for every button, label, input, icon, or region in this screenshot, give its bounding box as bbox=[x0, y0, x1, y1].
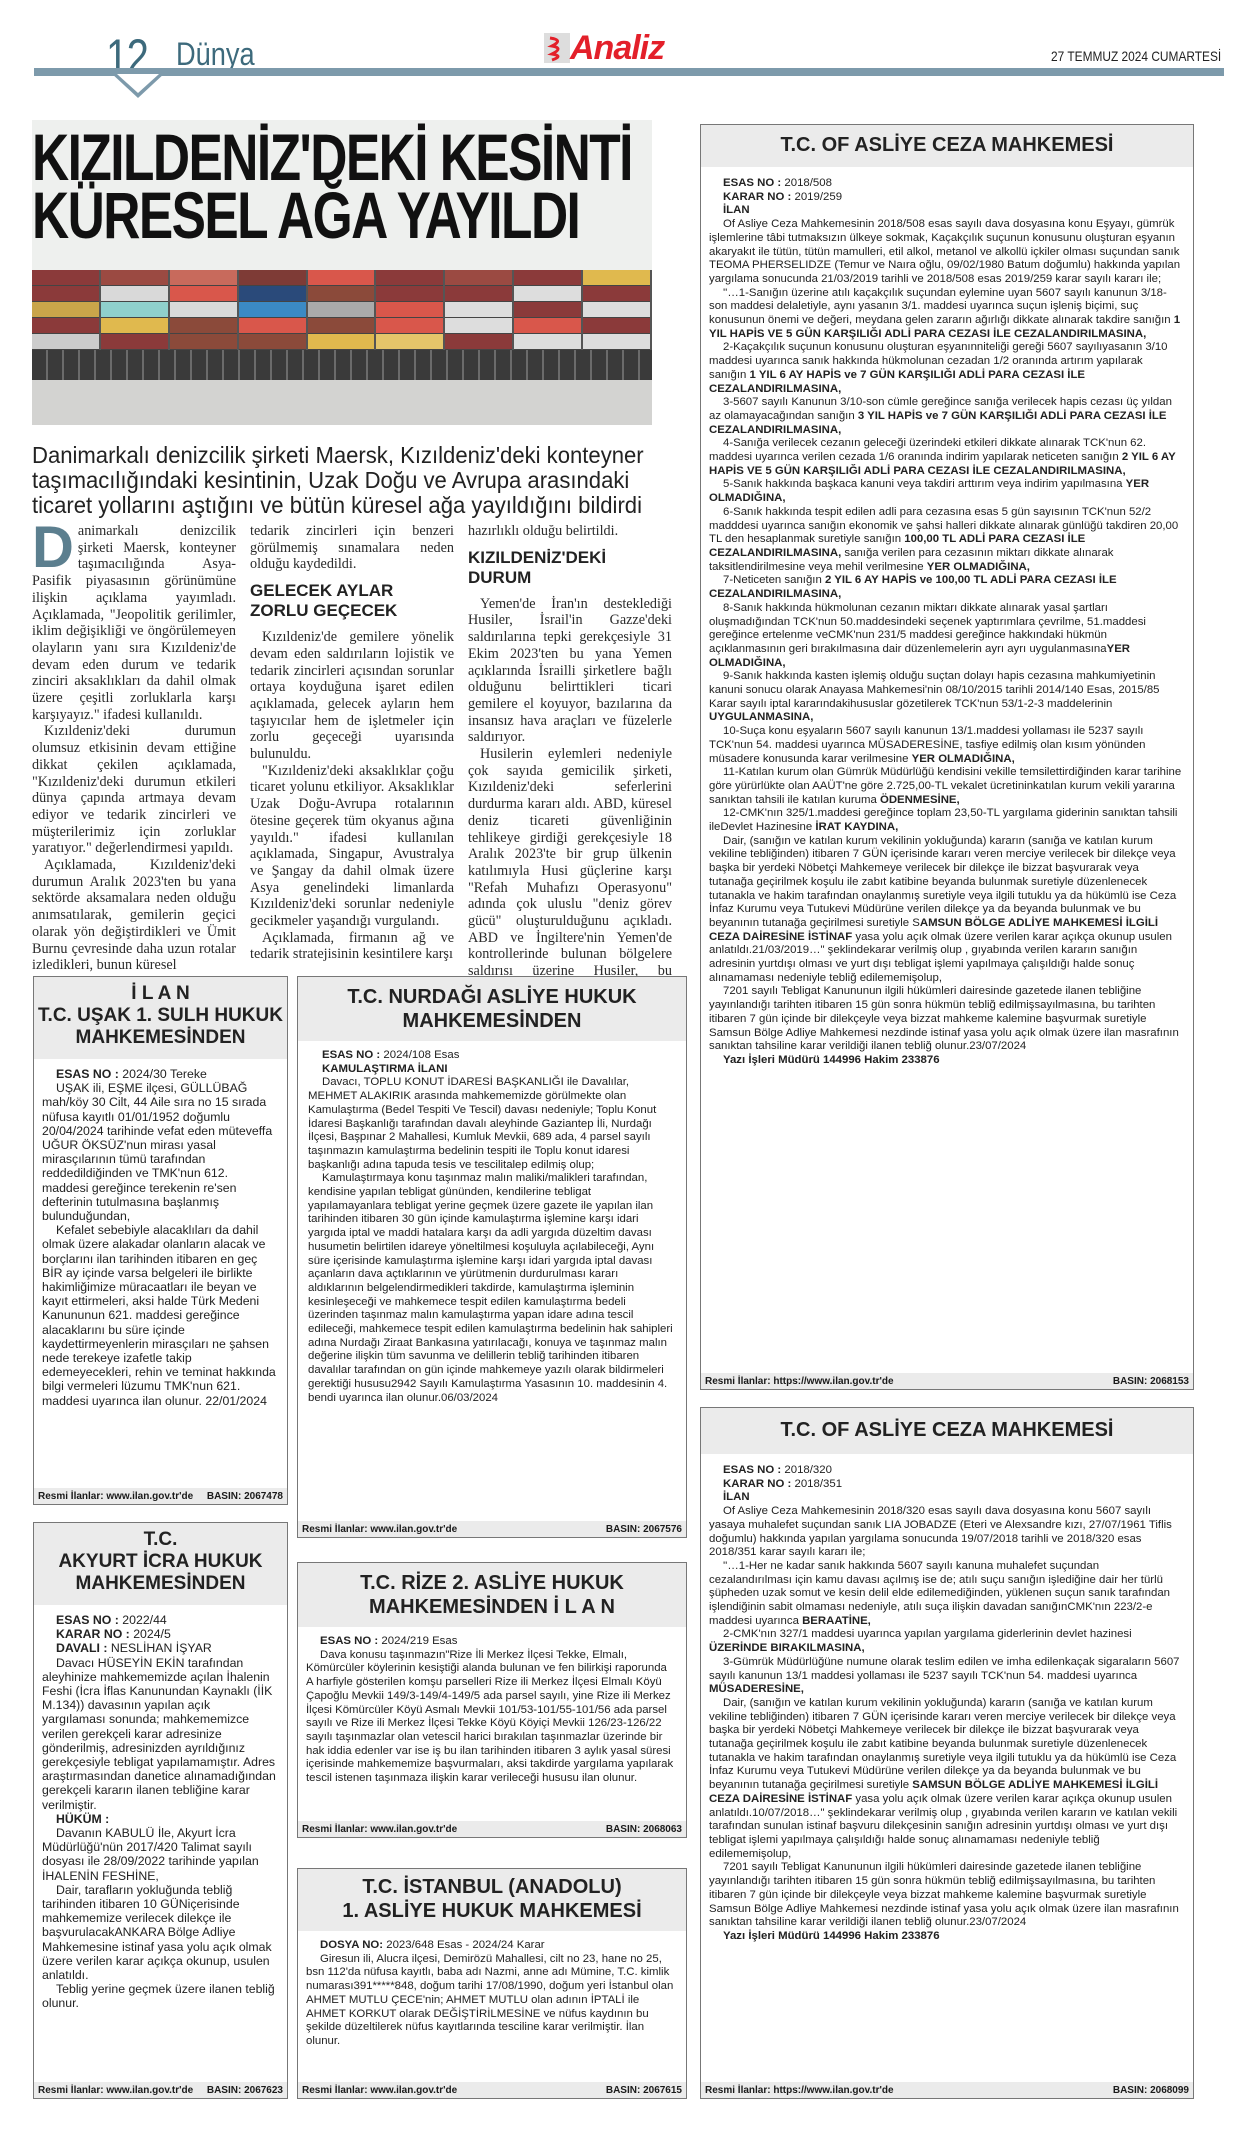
paragraph: Kızıldeniz'de gemilere yönelik devam ede… bbox=[250, 629, 454, 763]
notice-body: DOSYA NO: 2023/648 Esas - 2024/24 Karar … bbox=[298, 1931, 686, 2055]
footer-link[interactable]: Resmi İlanlar: www.ilan.gov.tr'de bbox=[302, 1524, 457, 1535]
signature: Yazı İşleri Müdürü 144996 Hakim 233876 bbox=[723, 1930, 940, 1942]
logo-text: Analiz bbox=[570, 33, 664, 63]
notice-body: ESAS NO : 2018/508 KARAR NO : 2019/259 İ… bbox=[701, 167, 1193, 1074]
headline-line-2: KÜRESEL AĞA YAYILDI bbox=[32, 186, 516, 244]
press-number: BASIN: 2067615 bbox=[606, 2085, 682, 2096]
hero-photo: KIZILDENİZ'DEKİ KESİNTİ KÜRESEL AĞA YAYI… bbox=[32, 120, 652, 425]
footer-link[interactable]: Resmi İlanlar: https://www.ilan.gov.tr'd… bbox=[705, 2085, 894, 2096]
dropcap: D bbox=[32, 525, 74, 571]
notice-title: T.C. OF ASLİYE CEZA MAHKEMESİ bbox=[701, 1408, 1193, 1454]
notice-of-asliye-ceza-2: T.C. OF ASLİYE CEZA MAHKEMESİ ESAS NO : … bbox=[700, 1407, 1194, 2099]
logo-emblem-icon bbox=[544, 33, 570, 63]
notice-body: ESAS NO : 2024/108 Esas KAMULAŞTIRMA İLA… bbox=[298, 1041, 686, 1411]
notice-title: İ L A N T.C. UŞAK 1. SULH HUKUK MAHKEMES… bbox=[34, 977, 287, 1059]
headline: KIZILDENİZ'DEKİ KESİNTİ KÜRESEL AĞA YAYI… bbox=[32, 120, 516, 244]
notice-footer: Resmi İlanlar: www.ilan.gov.tr'de BASIN:… bbox=[298, 1821, 686, 1837]
notice-body: ESAS NO : 2018/320 KARAR NO : 2018/351 İ… bbox=[701, 1454, 1193, 1950]
issue-date: 27 TEMMUZ 2024 CUMARTESİ bbox=[1051, 48, 1221, 64]
footer-link[interactable]: Resmi İlanlar: https://www.ilan.gov.tr'd… bbox=[705, 1376, 894, 1387]
water bbox=[32, 380, 652, 425]
notice-of-asliye-ceza-1: T.C. OF ASLİYE CEZA MAHKEMESİ ESAS NO : … bbox=[700, 124, 1194, 1390]
notice-footer: Resmi İlanlar: https://www.ilan.gov.tr'd… bbox=[701, 2082, 1193, 2098]
subheading: GELECEK AYLAR ZORLU GEÇECEK bbox=[250, 581, 454, 621]
notice-title: T.C. AKYURT İCRA HUKUK MAHKEMESİNDEN bbox=[34, 1523, 287, 1605]
notice-akyurt: T.C. AKYURT İCRA HUKUK MAHKEMESİNDEN ESA… bbox=[33, 1522, 288, 2099]
footer-link[interactable]: Resmi İlanlar: www.ilan.gov.tr'de bbox=[302, 1824, 457, 1835]
article-body: Danimarkalı denizcilik şirketi Maersk, k… bbox=[32, 523, 672, 953]
press-number: BASIN: 2067623 bbox=[207, 2085, 283, 2096]
notice-footer: Resmi İlanlar: www.ilan.gov.tr'de BASIN:… bbox=[298, 1521, 686, 1537]
header-rule bbox=[34, 68, 1224, 76]
press-number: BASIN: 2067478 bbox=[207, 1491, 283, 1502]
footer-link[interactable]: Resmi İlanlar: www.ilan.gov.tr'de bbox=[302, 2085, 457, 2096]
notice-body: ESAS NO : 2024/30 Tereke UŞAK ili, EŞME … bbox=[34, 1059, 287, 1414]
notice-body: ESAS NO : 2022/44 KARAR NO : 2024/5 DAVA… bbox=[34, 1605, 287, 2017]
notice-title: T.C. OF ASLİYE CEZA MAHKEMESİ bbox=[701, 125, 1193, 167]
paragraph: "Kızıldeniz'deki aksaklıklar çoğu ticare… bbox=[250, 763, 454, 930]
paragraph: Kızıldeniz'deki durumun olumsuz etkisini… bbox=[32, 723, 236, 857]
footer-link[interactable]: Resmi İlanlar: www.ilan.gov.tr'de bbox=[38, 1491, 193, 1502]
notice-footer: Resmi İlanlar: www.ilan.gov.tr'de BASIN:… bbox=[298, 2082, 686, 2098]
notice-title: T.C. İSTANBUL (ANADOLU) 1. ASLİYE HUKUK … bbox=[298, 1869, 686, 1931]
notice-title: T.C. RİZE 2. ASLİYE HUKUK MAHKEMESİNDEN … bbox=[298, 1563, 686, 1627]
notice-istanbul: T.C. İSTANBUL (ANADOLU) 1. ASLİYE HUKUK … bbox=[297, 1868, 687, 2099]
newspaper-logo: Analiz bbox=[544, 32, 664, 64]
notice-footer: Resmi İlanlar: www.ilan.gov.tr'de BASIN:… bbox=[34, 1488, 287, 1504]
article-column-1: Danimarkalı denizcilik şirketi Maersk, k… bbox=[32, 523, 236, 953]
press-number: BASIN: 2068063 bbox=[606, 1824, 682, 1835]
notice-rize: T.C. RİZE 2. ASLİYE HUKUK MAHKEMESİNDEN … bbox=[297, 1562, 687, 1838]
notice-title: T.C. NURDAĞI ASLİYE HUKUK MAHKEMESİNDEN bbox=[298, 977, 686, 1041]
footer-link[interactable]: Resmi İlanlar: www.ilan.gov.tr'de bbox=[38, 2085, 193, 2096]
container-stacks bbox=[32, 270, 652, 350]
signature: Yazı İşleri Müdürü 144996 Hakim 233876 bbox=[723, 1054, 940, 1066]
paragraph: tedarik zincirleri için benzeri görülmem… bbox=[250, 523, 454, 573]
paragraph: Açıklamada, firmanın ağ ve tedarik strat… bbox=[250, 930, 454, 963]
paragraph: Husilerin eylemleri nedeniyle çok sayıda… bbox=[468, 746, 672, 1013]
notice-body: ESAS NO : 2024/219 Esas Dava konusu taşı… bbox=[298, 1627, 686, 1792]
paragraph: Açıklamada, Kızıldeniz'deki durumun Aral… bbox=[32, 857, 236, 974]
notice-usak: İ L A N T.C. UŞAK 1. SULH HUKUK MAHKEMES… bbox=[33, 976, 288, 1505]
subheading: KIZILDENİZ'DEKİ DURUM bbox=[468, 548, 672, 588]
press-number: BASIN: 2067576 bbox=[606, 1524, 682, 1535]
notice-footer: Resmi İlanlar: www.ilan.gov.tr'de BASIN:… bbox=[34, 2082, 287, 2098]
press-number: BASIN: 2068153 bbox=[1113, 1376, 1189, 1387]
notice-footer: Resmi İlanlar: https://www.ilan.gov.tr'd… bbox=[701, 1373, 1193, 1389]
article-column-3: hazırlıklı olduğu belirtildi. KIZILDENİZ… bbox=[468, 523, 672, 953]
press-number: BASIN: 2068099 bbox=[1113, 2085, 1189, 2096]
article-column-2: tedarik zincirleri için benzeri görülmem… bbox=[250, 523, 454, 953]
notice-nurdagi: T.C. NURDAĞI ASLİYE HUKUK MAHKEMESİNDEN … bbox=[297, 976, 687, 1538]
paragraph: Yemen'de İran'ın desteklediği Husiler, İ… bbox=[468, 596, 672, 746]
paragraph: hazırlıklı olduğu belirtildi. bbox=[468, 523, 672, 540]
article-deck: Danimarkalı denizcilik şirketi Maersk, K… bbox=[32, 443, 646, 518]
quay-wall bbox=[32, 350, 652, 380]
